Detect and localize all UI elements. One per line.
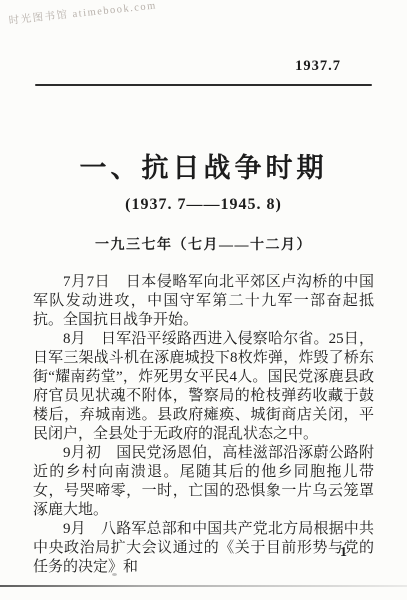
scan-artifact-page-edge <box>0 585 407 587</box>
header-rule-line <box>35 84 372 86</box>
library-watermark: 时光图书馆 atimebook.com <box>8 0 157 28</box>
page-number: 1 <box>340 545 347 561</box>
paragraph-july-7: 7月7日 日本侵略军向北平郊区卢沟桥的中国军队发动进攻，中国守军第二十九军一部奋… <box>33 273 374 330</box>
scan-artifact-smudge <box>112 573 117 576</box>
year-section-heading: 一九三七年（七月——十二月） <box>0 234 407 254</box>
chapter-title: 一、抗日战争时期 <box>0 146 407 185</box>
paragraph-september: 9月 八路军总部和中国共产党北方局根据中共中央政治局扩大会议通过的《关于目前形势… <box>33 520 374 577</box>
body-text-block: 7月7日 日本侵略军向北平郊区卢沟桥的中国军队发动进攻，中国守军第二十九军一部奋… <box>33 273 374 577</box>
scanned-book-page: 时光图书馆 atimebook.com 1937.7 一、抗日战争时期 (193… <box>0 0 407 600</box>
paragraph-august: 8月 日军沿平绥路西进入侵察哈尔省。25日，日军三架战斗机在涿鹿城投下8枚炸弹，… <box>33 330 374 444</box>
paragraph-early-september: 9月初 国民党汤恩伯，高桂滋部沿涿蔚公路附近的乡村向南溃退。尾随其后的他乡同胞拖… <box>33 444 374 520</box>
header-period-date: 1937.7 <box>0 58 341 75</box>
chapter-date-range: (1937. 7——1945. 8) <box>0 196 407 214</box>
